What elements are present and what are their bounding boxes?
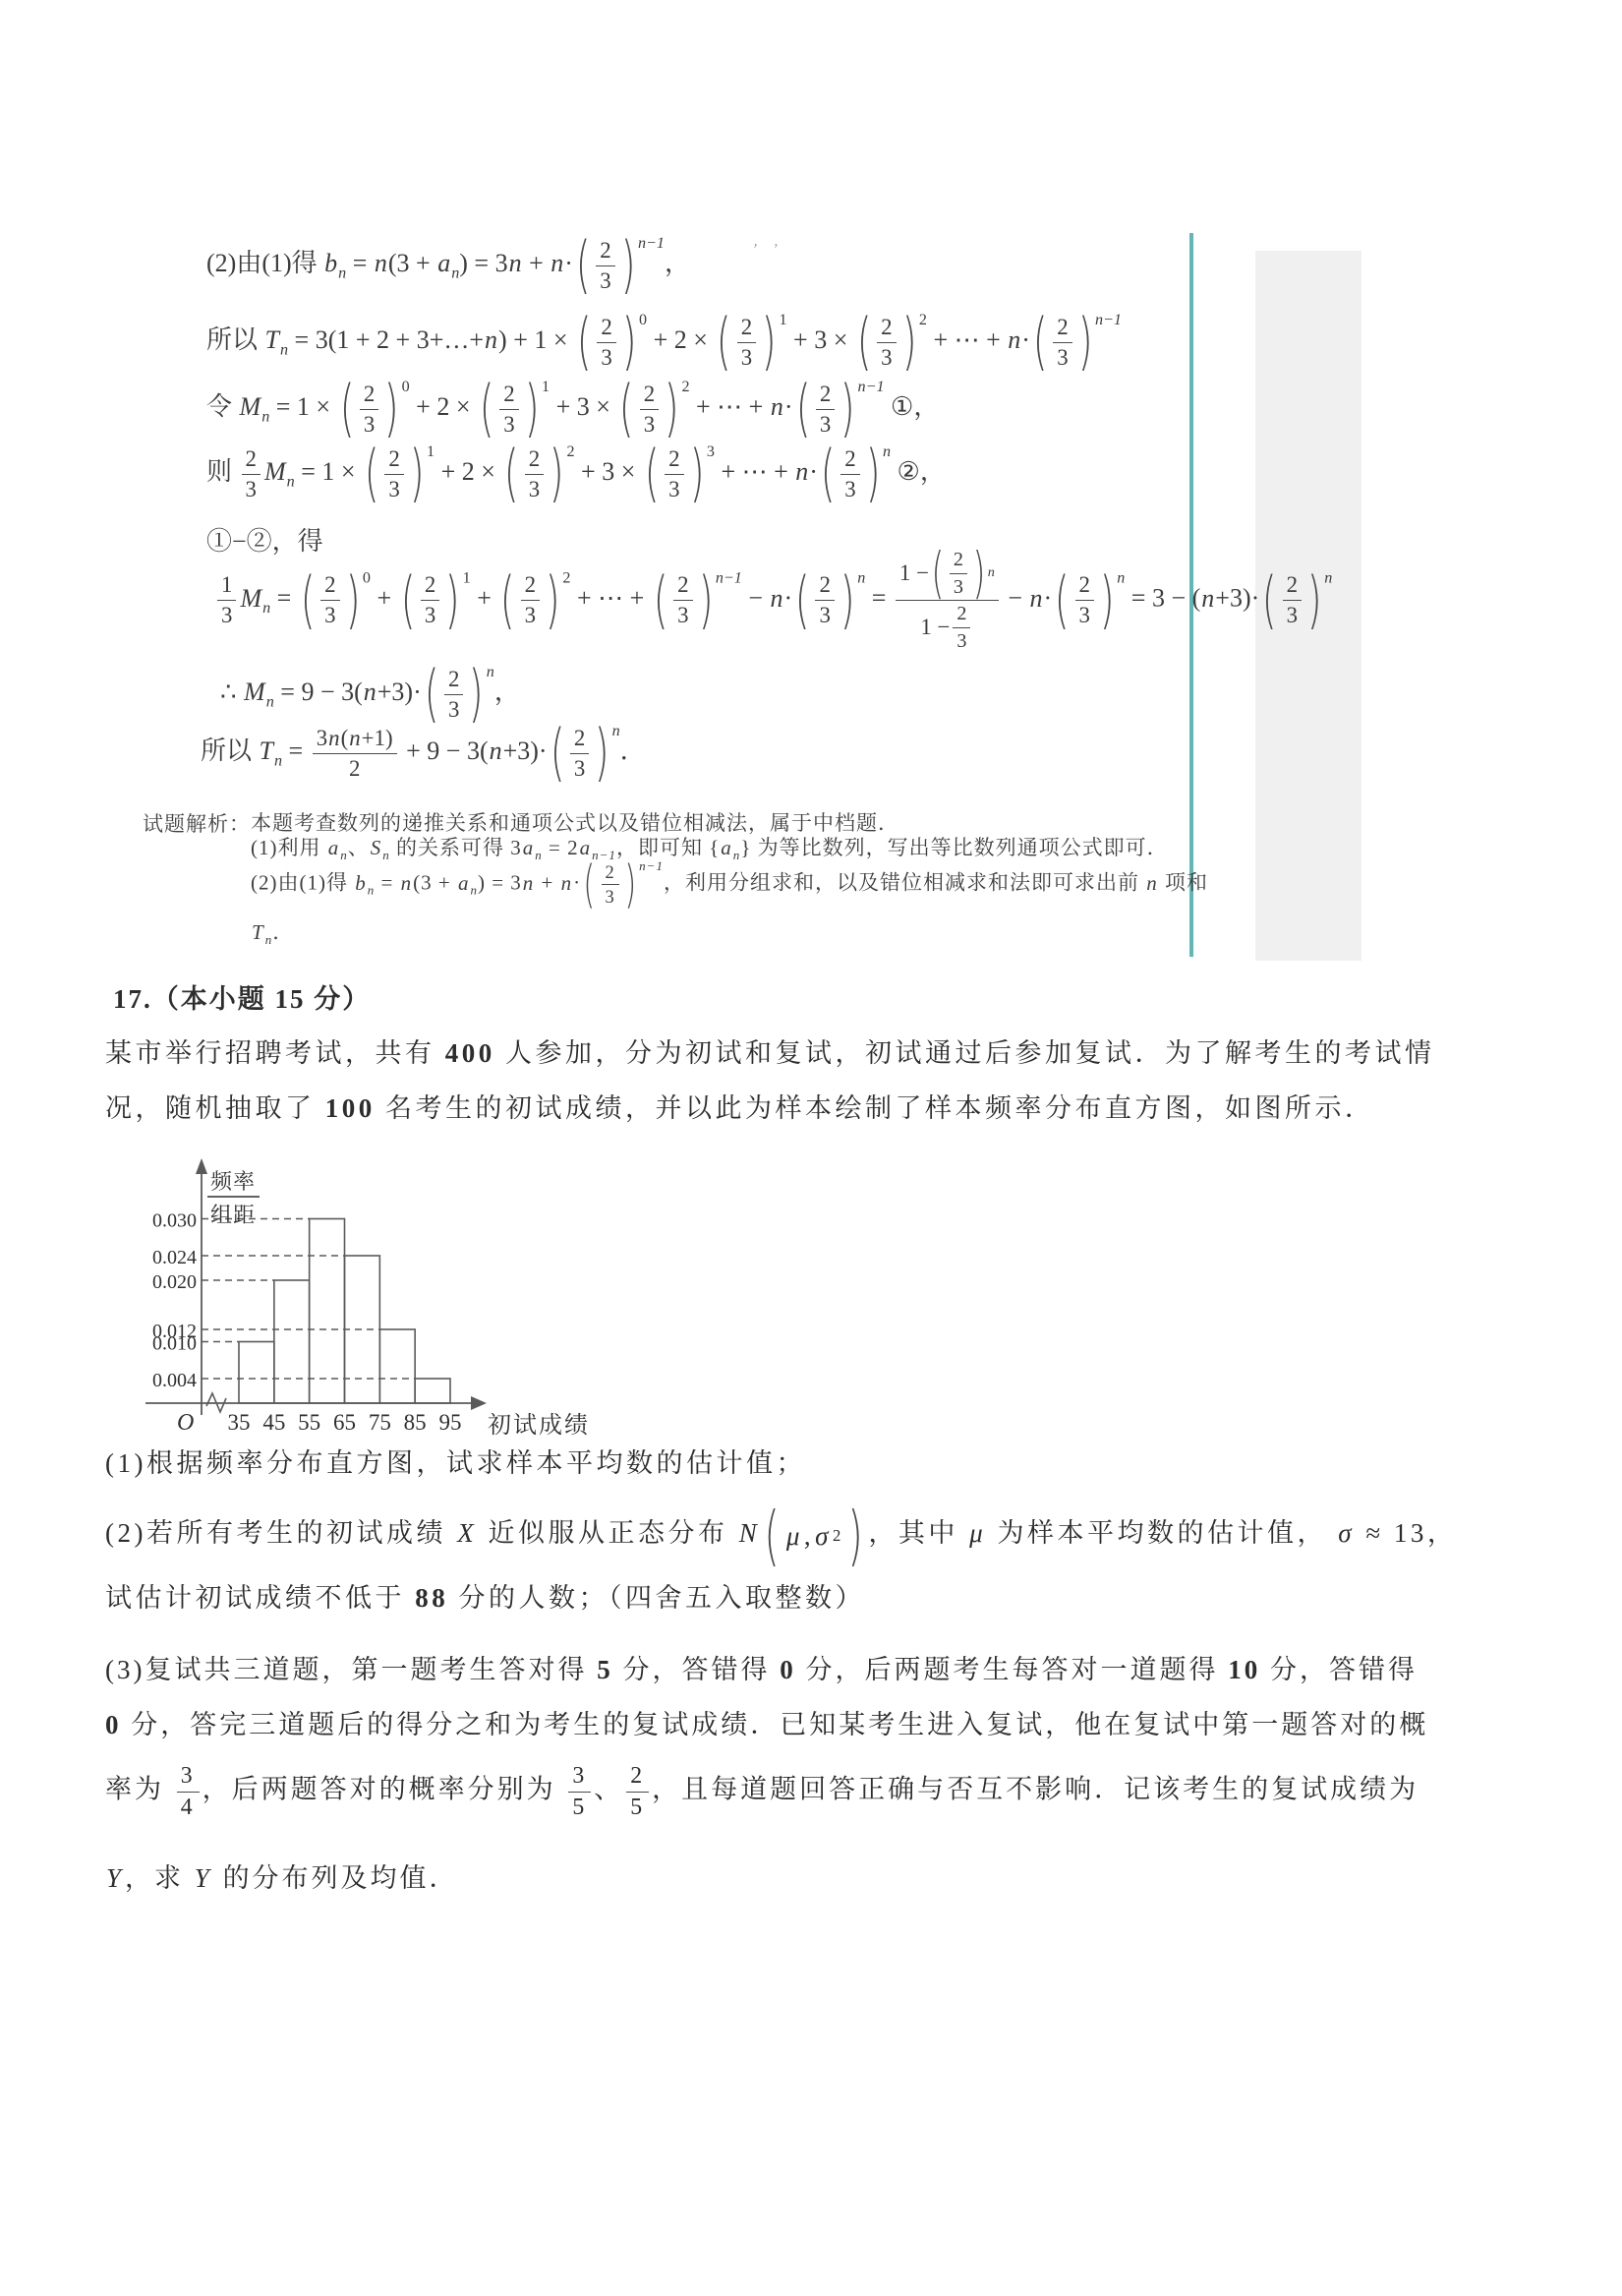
svg-text:75: 75 xyxy=(369,1410,391,1435)
subquestion-3-line-1: (3)复试共三道题，第一题考生答对得 5 分，答错得 0 分，后两题考生每答对一… xyxy=(105,1657,1418,1683)
frequency-histogram: 0.0300.0240.0200.0120.0100.0043545556575… xyxy=(116,1156,608,1463)
svg-text:组距: 组距 xyxy=(210,1203,256,1227)
subquestion-3-line-3: 率为 34，后两题答对的概率分别为 35、25，且每道题回答正确与否互不影响．记… xyxy=(105,1763,1419,1820)
analysis-label: 试题解析： xyxy=(143,814,251,835)
question-17-paragraph-line-1: 某市举行招聘考试，共有 400 人参加，分为初试和复试，初试通过后参加复试．为了… xyxy=(105,1040,1435,1067)
svg-text:65: 65 xyxy=(333,1410,356,1435)
scan-artifact-marks: ʼ ʼ xyxy=(753,242,784,259)
svg-text:0.010: 0.010 xyxy=(152,1333,197,1355)
histogram-svg: 0.0300.0240.0200.0120.0100.0043545556575… xyxy=(116,1156,608,1463)
svg-text:95: 95 xyxy=(439,1410,462,1435)
svg-text:0.020: 0.020 xyxy=(152,1271,197,1293)
analysis-line-1: 本题考查数列的递推关系和通项公式以及错位相减法，属于中档题． xyxy=(251,813,899,834)
formula-line-8: 所以 Tn = 3n(n+1)2 + 9 − 3(n+3)·(23)n． xyxy=(201,724,646,781)
formula-line-6: 13Mn = (23)0 + (23)1 + (23)2 + ⋯ + (23)n… xyxy=(214,549,1332,652)
svg-text:0.030: 0.030 xyxy=(152,1210,197,1232)
analysis-line-2: (1)利用 an、Sn 的关系可得 3an = 2an−1，即可知 {an} 为… xyxy=(251,838,1169,861)
question-17-paragraph-line-2: 况，随机抽取了 100 名考生的初试成绩，并以此为样本绘制了样本频率分布直方图，… xyxy=(105,1095,1375,1122)
subquestion-3-line-2: 0 分，答完三道题后的得分之和为考生的复试成绩．已知某考生进入复试，他在复试中第… xyxy=(105,1712,1428,1738)
formula-line-2: 所以 Tn = 3(1 + 2 + 3+…+n) + 1 × (23)0 + 2… xyxy=(206,313,1122,370)
svg-text:0.004: 0.004 xyxy=(152,1370,197,1391)
formula-line-4: 则 23Mn = 1 × (23)1 + 2 × (23)2 + 3 × (23… xyxy=(206,444,946,501)
svg-text:频率: 频率 xyxy=(210,1169,256,1194)
svg-text:45: 45 xyxy=(262,1410,285,1435)
subquestion-1: (1)根据频率分布直方图，试求样本平均数的估计值； xyxy=(105,1450,806,1477)
svg-text:55: 55 xyxy=(298,1410,320,1435)
subquestion-2-line-2: 试估计初试成绩不低于 88 分的人数；（四舍五入取整数） xyxy=(105,1585,865,1612)
formula-line-7: ∴ Mn = 9 − 3(n+3)·(23)n， xyxy=(220,665,520,722)
subquestion-2-line-1: (2)若所有考生的初试成绩 X 近似服从正态分布 N(μ,σ2)，其中 μ 为样… xyxy=(105,1509,1457,1562)
svg-text:O: O xyxy=(177,1410,194,1436)
svg-text:85: 85 xyxy=(404,1410,427,1435)
analysis-line-4: Tn． xyxy=(251,922,294,946)
formula-line-1: (2)由(1)得 bn = n(3 + an) = 3n + n·(23)n−1… xyxy=(206,236,690,293)
document-page: ʼ ʼ (2)由(1)得 bn = n(3 + an) = 3n + n·(23… xyxy=(0,0,1622,2296)
subquestion-3-line-4: Y，求 Y 的分布列及均值． xyxy=(105,1865,459,1892)
analysis-line-3: (2)由(1)得 bn = n(3 + an) = 3n + n·(23)n−1… xyxy=(251,859,1208,908)
question-17-heading: 17.（本小题 15 分） xyxy=(113,986,371,1013)
svg-text:35: 35 xyxy=(228,1410,251,1435)
formula-line-3: 令 Mn = 1 × (23)0 + 2 × (23)1 + 3 × (23)2… xyxy=(206,380,939,437)
svg-text:初试成绩: 初试成绩 xyxy=(488,1412,590,1439)
svg-text:0.024: 0.024 xyxy=(152,1247,197,1268)
